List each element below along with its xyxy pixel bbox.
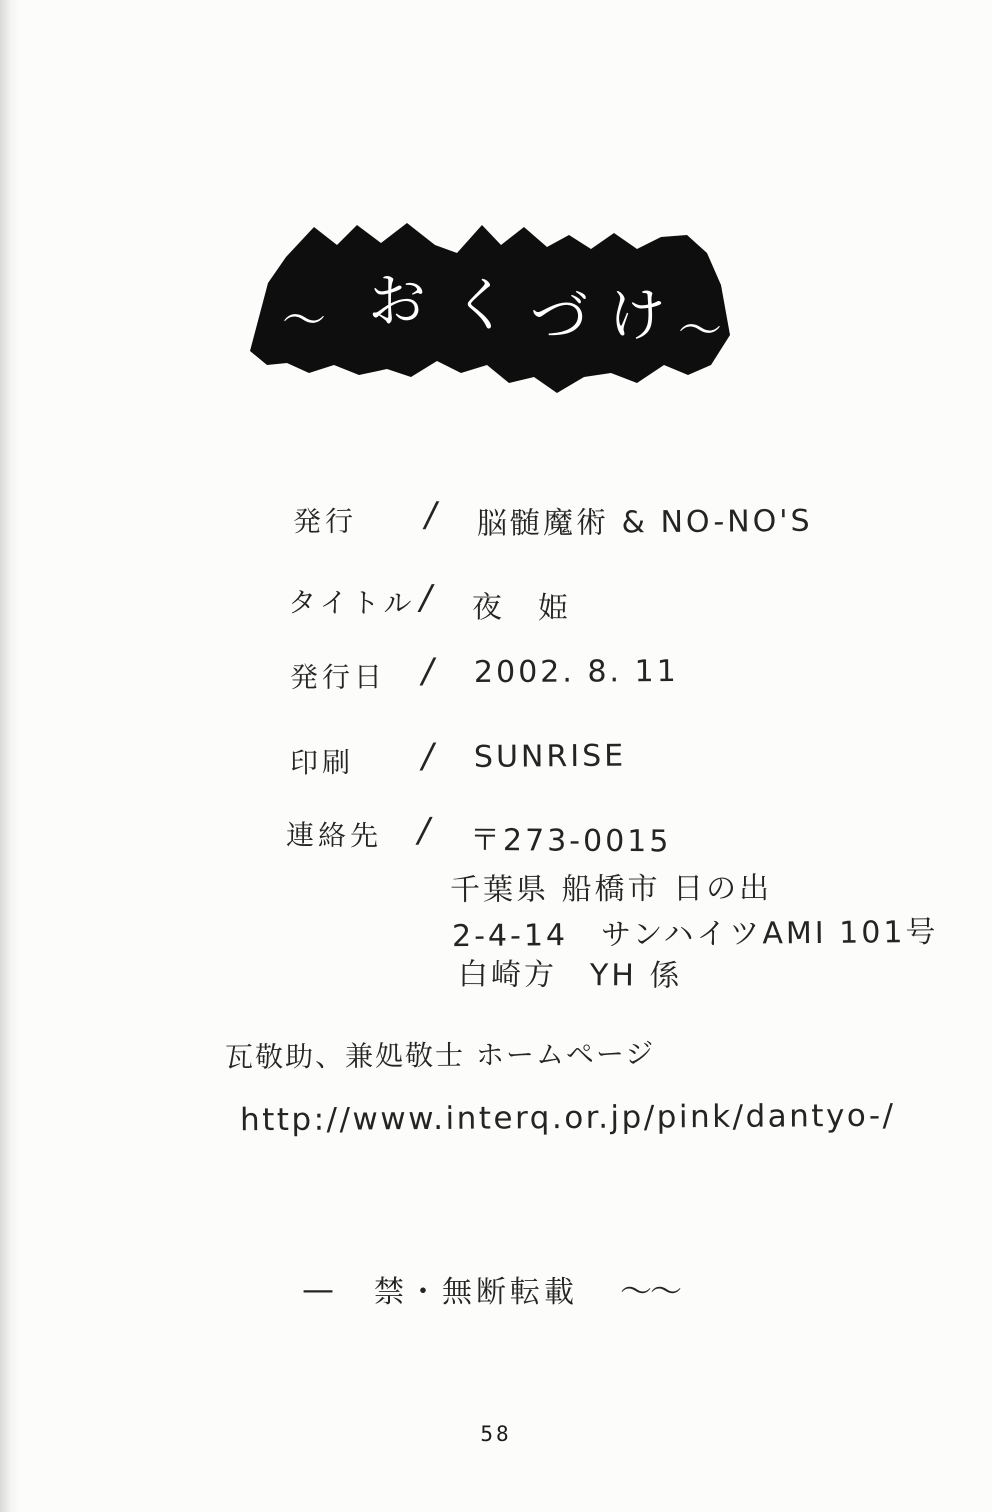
colophon-row-title: タイトル / 夜 姫 <box>288 581 571 627</box>
scan-edge-shadow <box>0 0 20 1512</box>
row-label: 連絡先 <box>286 814 418 855</box>
row-label: 発行 <box>293 499 425 540</box>
no-reproduction-notice: — 禁・無断転載 〜〜 <box>302 1266 680 1312</box>
notice-right-dash: 〜〜 <box>620 1266 680 1312</box>
row-value: 2002. 8. 11 <box>474 654 679 690</box>
row-separator: / <box>420 578 472 618</box>
row-value: 〒273-0015 <box>470 815 672 860</box>
colophon-banner: 〜 お く づ け 〜 <box>240 213 740 411</box>
row-separator: / <box>422 736 474 776</box>
row-label: 発行日 <box>290 655 422 696</box>
homepage-caption: 瓦敬助、兼処敬士 ホームページ <box>225 1032 656 1076</box>
notice-text: 禁・無断転載 <box>374 1267 578 1311</box>
address-line: 2-4-14 サンハイツAMI 101号 <box>452 907 939 955</box>
colophon-row-printer: 印刷 / SUNRISE <box>290 739 626 782</box>
colophon-row-publisher: 発行 / 脳髄魔術 & NO-NO'S <box>293 496 813 545</box>
colophon-row-date: 発行日 / 2002. 8. 11 <box>290 654 679 696</box>
banner-char: け <box>608 281 666 349</box>
row-label: タイトル <box>288 581 420 622</box>
banner-char: お <box>368 267 426 335</box>
row-label: 印刷 <box>290 740 422 781</box>
row-value: 夜 姫 <box>472 582 571 627</box>
row-value: SUNRISE <box>474 739 626 775</box>
banner-char: く <box>452 271 510 339</box>
row-value: 脳髄魔術 & NO-NO'S <box>477 496 813 543</box>
banner-char: 〜 <box>282 295 326 346</box>
banner-char: づ <box>530 283 588 351</box>
row-separator: / <box>425 495 477 535</box>
homepage-url: http://www.interq.or.jp/pink/dantyo-/ <box>240 1098 896 1139</box>
page-number: 58 <box>0 1422 992 1446</box>
colophon-row-contact: 連絡先 / 〒273-0015 <box>286 814 672 861</box>
row-separator: / <box>418 811 470 851</box>
banner-char: 〜 <box>678 305 722 356</box>
address-line: 千葉県 船橋市 日の出 <box>450 863 772 909</box>
row-separator: / <box>422 651 474 691</box>
address-line: 白崎方 YH 係 <box>458 949 683 995</box>
colophon-page: 〜 お く づ け 〜 発行 / 脳髄魔術 & NO-NO'S タイトル / 夜… <box>0 0 992 1512</box>
notice-left-dash: — <box>302 1270 332 1308</box>
